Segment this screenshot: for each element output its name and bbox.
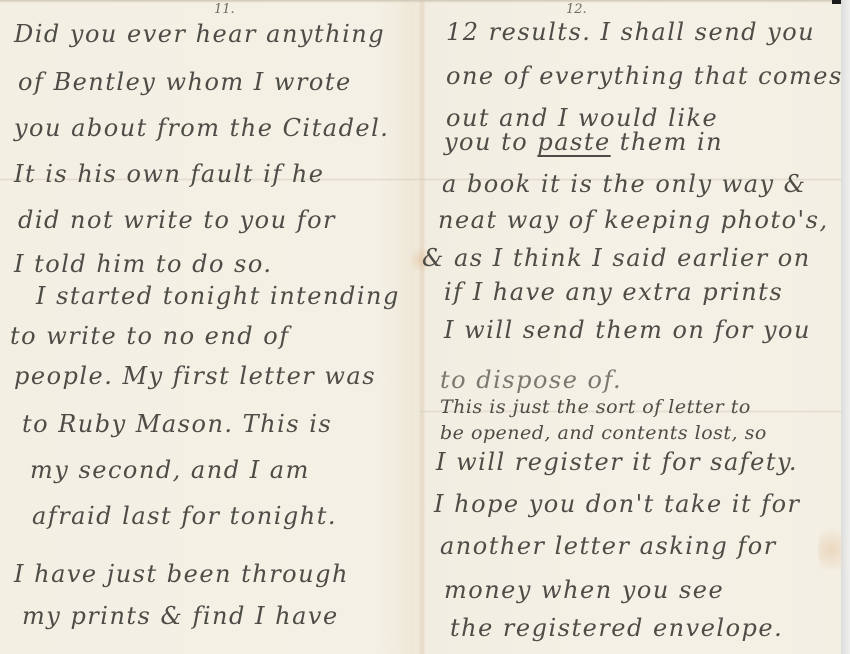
handwritten-line: I will send them on for you [444, 316, 811, 344]
handwritten-line: I will register it for safety. [436, 448, 798, 476]
page-number: 12. [566, 2, 587, 17]
handwritten-line: money when you see [444, 576, 724, 604]
handwritten-line: my second, and I am [30, 456, 310, 484]
handwritten-line: I have just been through [14, 560, 349, 588]
scan-edge-strip [841, 0, 850, 654]
handwritten-line: you about from the Citadel. [14, 114, 389, 142]
handwritten-line: neat way of keeping photo's, [438, 206, 829, 234]
letter-paper: 11. Did you ever hear anything of Bentle… [0, 0, 841, 654]
right-page: 12. 12 results. I shall send you one of … [420, 0, 841, 654]
handwritten-line-with-underline: you to paste them in [444, 128, 723, 156]
handwritten-line: of Bentley whom I wrote [18, 68, 352, 96]
handwritten-line: I hope you don't take it for [434, 490, 801, 518]
left-page: 11. Did you ever hear anything of Bentle… [0, 0, 418, 654]
handwritten-line: to write to no end of [10, 322, 290, 350]
handwritten-line: one of everything that comes [446, 62, 841, 90]
handwritten-line: I told him to do so. [14, 250, 273, 278]
handwritten-line: Did you ever hear anything [14, 20, 385, 48]
handwritten-line: I started tonight intending [36, 282, 400, 310]
handwritten-line: afraid last for tonight. [32, 502, 337, 530]
text-segment: you to [444, 128, 537, 156]
handwritten-line: 12 results. I shall send you [446, 18, 815, 46]
handwritten-line: be opened, and contents lost, so [440, 422, 767, 444]
handwritten-line: my prints & find I have [22, 602, 339, 630]
handwritten-line: to dispose of. [440, 366, 622, 394]
handwritten-line: This is just the sort of letter to [440, 396, 751, 418]
handwritten-line: another letter asking for [440, 532, 777, 560]
handwritten-line: people. My first letter was [14, 362, 376, 390]
handwritten-line: It is his own fault if he [14, 160, 324, 188]
page-number: 11. [214, 2, 235, 17]
text-segment: them in [611, 128, 723, 156]
handwritten-line: the registered envelope. [450, 614, 783, 642]
handwritten-line: if I have any extra prints [444, 278, 783, 306]
handwritten-line: & as I think I said earlier on [422, 244, 811, 272]
handwritten-line: a book it is the only way & [442, 170, 807, 198]
handwritten-line: did not write to you for [18, 206, 336, 234]
underlined-word: paste [537, 128, 610, 156]
handwritten-line: to Ruby Mason. This is [22, 410, 332, 438]
